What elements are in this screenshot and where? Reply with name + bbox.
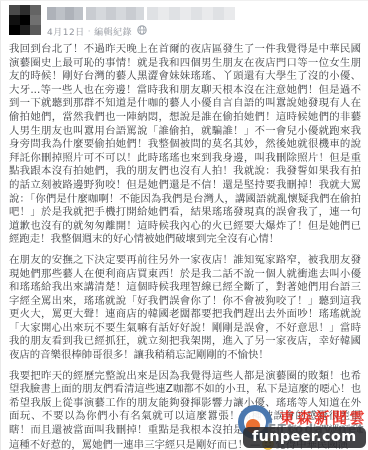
avatar-pixel-block [30, 5, 41, 15]
post-header: 4月12日 · 編輯紀錄 [9, 4, 360, 42]
post-paragraph-2: 在朋友的安撫之下決定要再前往另外一家夜店！誰知冤家路窄，被我朋友發現她們那些藝人… [9, 254, 361, 363]
facebook-post-screenshot: 4月12日 · 編輯紀錄 我回到台北了！不過昨天晚上在首爾的夜店區發生了一件我覺… [0, 0, 368, 450]
post-body: 我回到台北了！不過昨天晚上在首爾的夜店區發生了一件我覺得是中華民國演藝圈史上最可… [9, 43, 361, 450]
feeling-dash: — [250, 439, 260, 450]
privacy-globe-icon [137, 25, 147, 38]
avatar-pixel-block [9, 25, 20, 35]
name-redaction-bar [86, 7, 144, 20]
post-meta: 4月12日 · 編輯紀錄 [47, 25, 147, 38]
avatar-pixel-block [20, 5, 31, 15]
avatar-pixel-block [30, 15, 41, 25]
avatar-pixel-block [20, 15, 31, 25]
avatar-pixel-block [9, 15, 20, 25]
avatar-pixel-block [30, 25, 41, 35]
smiley-emoji-icon [262, 438, 274, 450]
post-paragraph-3: 我要把昨天的經歷完整說出來是因為我覺得這些人都是演藝圈的敗類！也希望我臉書上面的… [9, 370, 361, 450]
post-date[interactable]: 4月12日 [47, 25, 85, 38]
post-paragraph-1: 我回到台北了！不過昨天晚上在首爾的夜店區發生了一件我覺得是中華民國演藝圈史上最可… [9, 43, 361, 247]
avatar[interactable] [9, 5, 41, 35]
feeling-text: 覺得中華民國演 [275, 439, 348, 450]
author-name-redacted[interactable] [47, 7, 235, 20]
edit-history-link[interactable]: 編輯紀錄 [94, 25, 132, 38]
meta-separator: · [88, 27, 91, 37]
avatar-pixel-block [9, 5, 20, 15]
name-redaction-bar [47, 7, 83, 20]
avatar-pixel-block [20, 25, 31, 35]
name-redaction-bar [147, 7, 235, 20]
